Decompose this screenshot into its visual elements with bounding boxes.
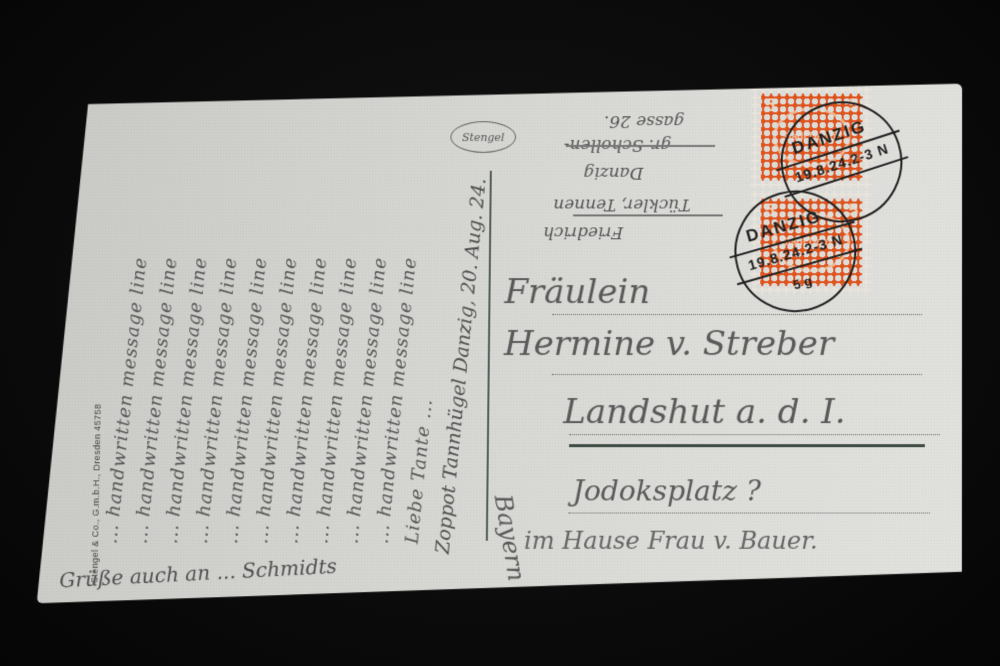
message-line: Liebe Tante ... bbox=[401, 398, 436, 545]
publisher-imprint: Stengel & Co., G.m.b.H., Dresden 45758 bbox=[89, 404, 102, 583]
message-dateline: Zoppot Tannhügel Danzig, 20. Aug. 24. bbox=[431, 177, 490, 555]
address-line-1: Fräulein bbox=[504, 272, 650, 312]
publisher-logo-text: Stengel bbox=[462, 131, 505, 144]
stamp-value: 5 bbox=[765, 95, 775, 116]
address-solid-rule bbox=[569, 444, 925, 447]
address-rule bbox=[552, 314, 922, 315]
sender-line: gasse 26. bbox=[604, 111, 685, 131]
address-line-4: Jodoksplatz ? bbox=[573, 474, 762, 507]
sender-line: Danzig bbox=[583, 163, 643, 183]
message-closing: Grüße auch an ... Schmidts bbox=[59, 554, 337, 593]
sender-address: Friedrich Tückler, Tennen Danzig gr. Sch… bbox=[543, 103, 743, 242]
address-rule bbox=[568, 513, 929, 514]
publisher-logo: Stengel bbox=[450, 121, 516, 153]
sender-line: Tückler, Tennen bbox=[553, 195, 690, 215]
postcard: Liebe Tante ...... handwritten message l… bbox=[37, 84, 962, 604]
card-divider bbox=[486, 171, 492, 541]
address-rule bbox=[552, 374, 922, 375]
address-line-5: im Hause Frau v. Bauer. bbox=[524, 527, 818, 555]
address-line-3: Landshut a. d. I. bbox=[563, 392, 845, 432]
sender-line: Friedrich bbox=[543, 222, 623, 242]
sender-underline bbox=[566, 145, 715, 147]
address-line-2: Hermine v. Streber bbox=[504, 324, 835, 364]
address-rule bbox=[569, 434, 940, 435]
postmark-code: 5 g bbox=[792, 273, 814, 293]
sender-underline bbox=[573, 214, 723, 216]
